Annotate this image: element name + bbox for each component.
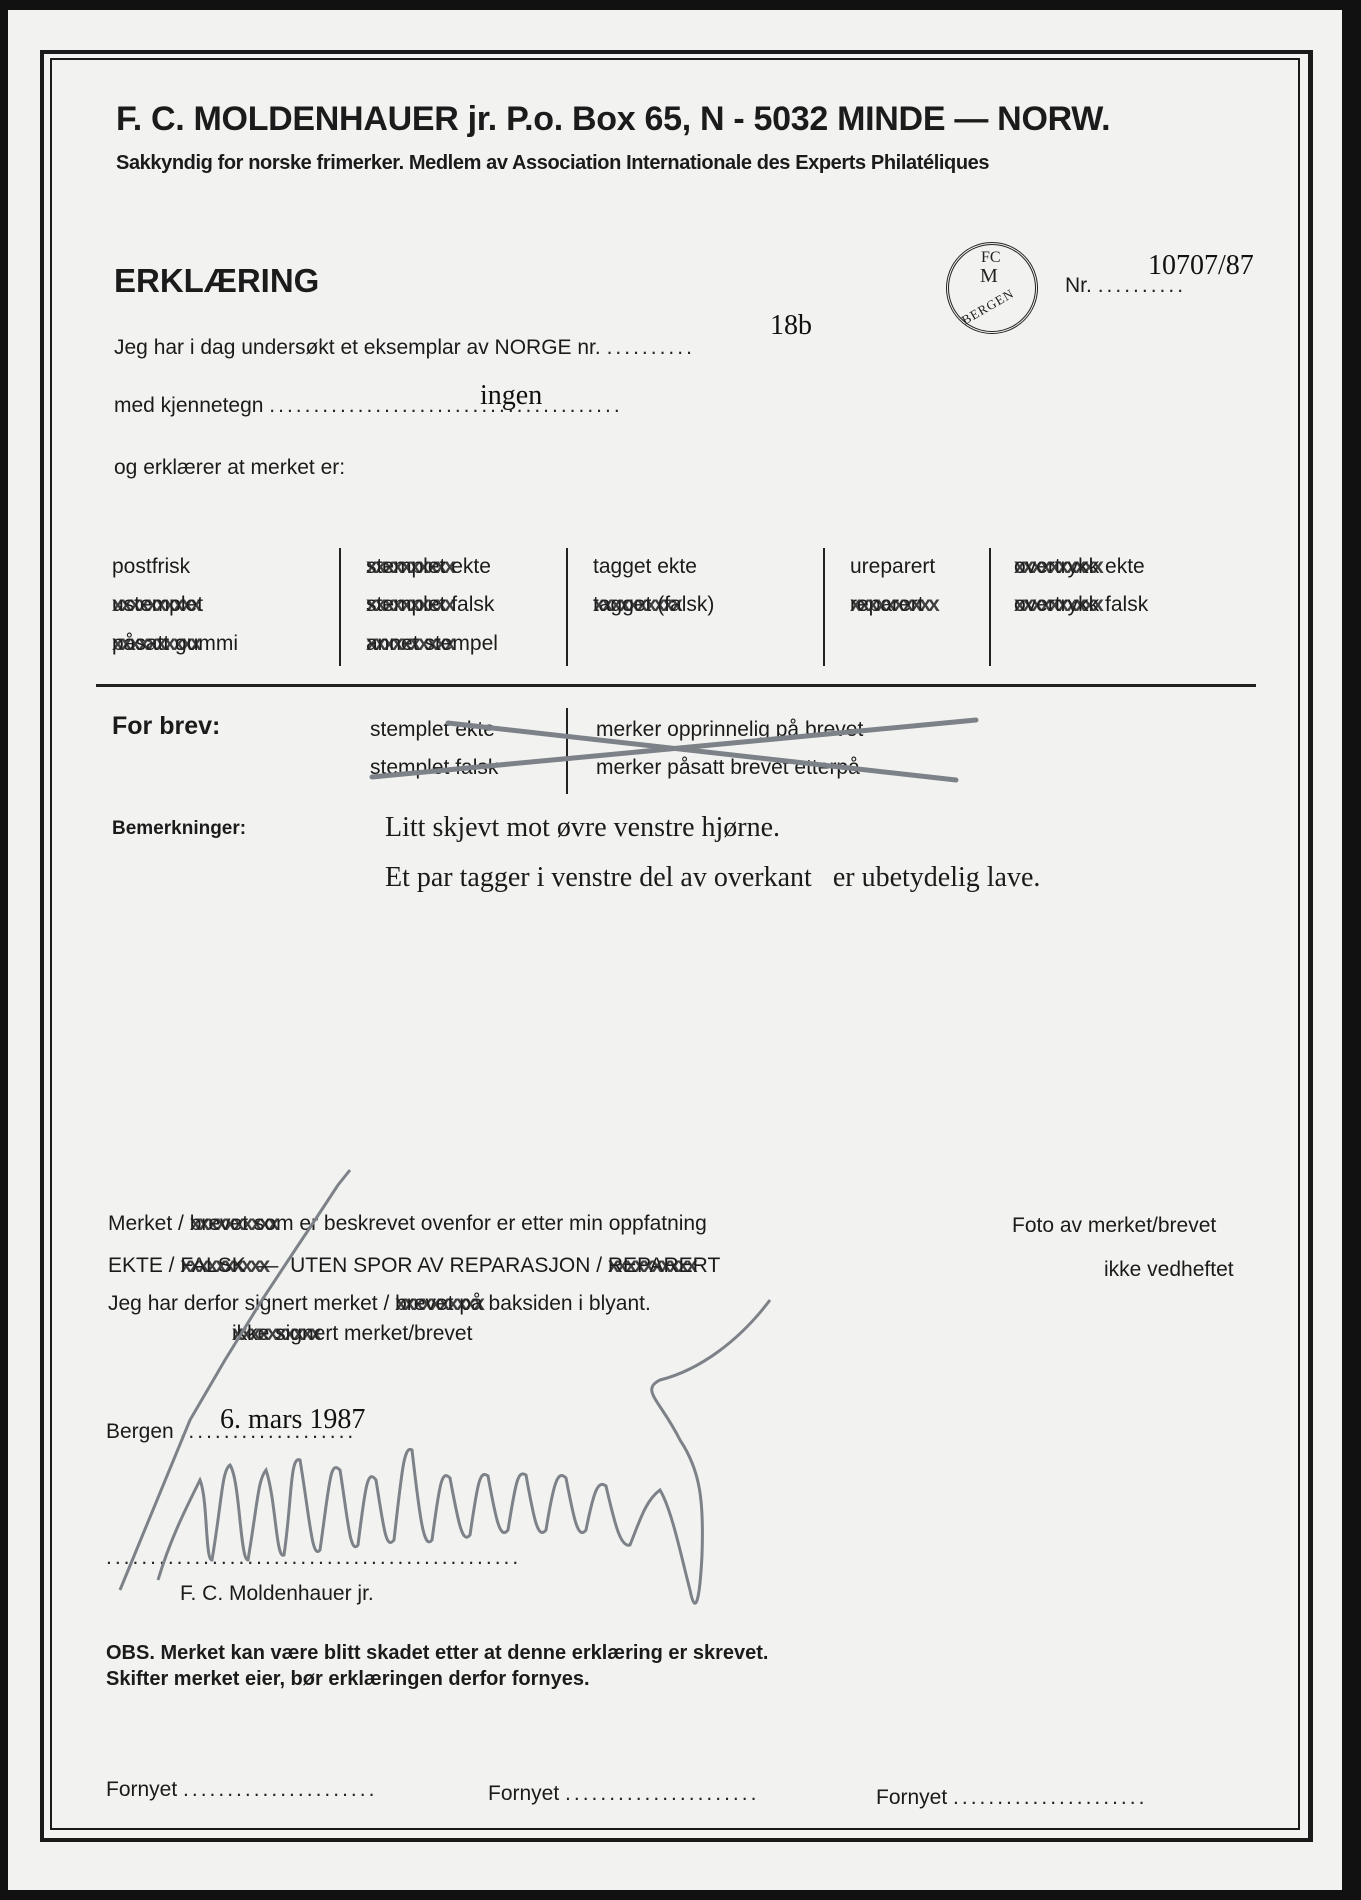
signer-name: F. C. Moldenhauer jr. (180, 1582, 374, 1606)
struck-text: REPARERT (608, 1254, 720, 1278)
photo-note-1: Foto av merket/brevet (1012, 1214, 1216, 1238)
conclusion-line-3: Jeg har derfor signert merket / brevet p… (108, 1292, 651, 1316)
signature-line: ........................................… (106, 1546, 521, 1570)
certificate-number: 10707/87 (1148, 250, 1254, 282)
struck-option: overtrykk falsk (1014, 593, 1148, 617)
struck-option: annet stempel (366, 632, 498, 656)
grid-divider (989, 548, 991, 666)
conclusion-line-4: ikke signert merket/brevet (232, 1322, 472, 1346)
selected-option: tagget ekte (593, 555, 697, 579)
renewal-field-1: Fornyet ...................... (106, 1778, 377, 1802)
selected-option: postfrisk (112, 555, 190, 579)
fcm-bergen-seal-icon: FC M BERGEN (946, 242, 1038, 334)
seal-middle-text: M (980, 265, 998, 288)
notice-line-1: OBS. Merket kan være blitt skadet etter … (106, 1642, 768, 1665)
letter-divider (566, 708, 568, 794)
renewal-field-2: Fornyet ...................... (488, 1782, 759, 1806)
photo-note-2: ikke vedheftet (1104, 1258, 1234, 1282)
struck-text: brevet (395, 1292, 453, 1316)
letter-section-label: For brev: (112, 712, 220, 741)
letter-left-2: stemplet falsk (370, 756, 498, 780)
struck-text: brevet (190, 1212, 248, 1236)
declare-label: og erklærer at merket er: (114, 456, 345, 480)
seal-bottom-text: BERGEN (959, 286, 1017, 329)
letter-left-1: stemplet ekte (370, 718, 495, 742)
remark-line-2: Et par tagger i venstre del av overkant … (385, 862, 1040, 894)
struck-option: stemplet ekte (366, 555, 491, 579)
letterhead-title: F. C. MOLDENHAUER jr. P.o. Box 65, N - 5… (116, 100, 1110, 139)
remarks-label: Bemerkninger: (112, 818, 246, 840)
letterhead-subtitle: Sakkyndig for norske frimerker. Medlem a… (116, 152, 989, 175)
struck-option: overtrykk ekte (1014, 555, 1145, 579)
struck-option: tagget (falsk) (593, 593, 714, 617)
grid-divider (823, 548, 825, 666)
section-divider (96, 684, 1256, 687)
notice-line-2: Skifter merket eier, bør erklæringen der… (106, 1668, 590, 1691)
conclusion-line-1: Merket / brevet som er beskrevet ovenfor… (108, 1212, 707, 1236)
marks-label: med kjennetegn .........................… (114, 394, 623, 418)
letter-right-2: merker påsatt brevet etterpå (596, 756, 860, 780)
struck-option: påsatt gummi (112, 632, 238, 656)
examined-label: Jeg har i dag undersøkt et eksemplar av … (114, 336, 695, 360)
struck-text: ikke signert merket/brevet (232, 1322, 472, 1346)
letter-right-1: merker opprinnelig på brevet (596, 718, 863, 742)
stamp-number-value: 18b (770, 310, 812, 342)
selected-option: ureparert (850, 555, 935, 579)
remark-line-1: Litt skjevt mot øvre venstre hjørne. (385, 812, 780, 844)
certificate-heading: ERKLÆRING (114, 262, 319, 300)
struck-text: FALSK (180, 1254, 245, 1278)
marks-value: ingen (480, 380, 542, 412)
date-value: 6. mars 1987 (220, 1404, 365, 1436)
struck-option: ustemplet (112, 593, 203, 617)
conclusion-line-2: EKTE / FALSK — UTEN SPOR AV REPARASJON /… (108, 1254, 720, 1278)
grid-divider (566, 548, 568, 666)
grid-divider (339, 548, 341, 666)
renewal-field-3: Fornyet ...................... (876, 1786, 1147, 1810)
struck-option: reparert (850, 593, 924, 617)
struck-option: stemplet falsk (366, 593, 494, 617)
